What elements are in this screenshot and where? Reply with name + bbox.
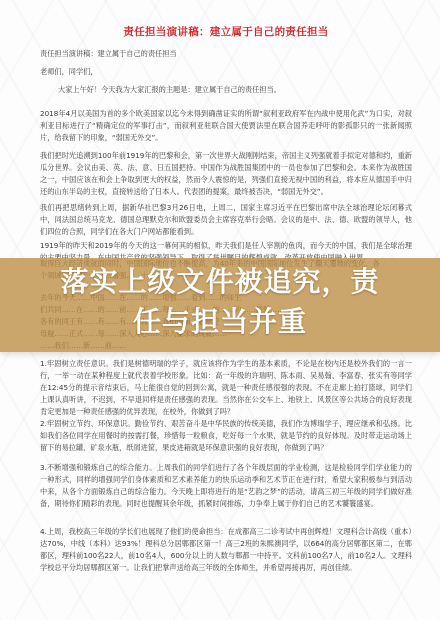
paragraph-3: 我们再把思绪转到上周，据新华社巴黎3月26日电，上周二，国家主席习近平在巴黎出席… xyxy=(40,202,412,238)
opening-line: 大家上午好！今天我为大家汇报的主题是：建立属于自己的责任担当。 xyxy=(48,84,281,96)
subtitle-line: 责任担当演讲稿：建立属于自己的责任担当 xyxy=(40,48,177,60)
paragraph-point-1: 1.牢固树立责任意识。我们是树德明瑞的学子，就应该将作为学生的基本素质，不论是在… xyxy=(40,358,412,418)
headline-line-1: 落实上级文件被追究，责 xyxy=(0,262,440,302)
paragraph-point-3: 3.不断增强和锻炼自己的综合能力。上周我们的同学们进行了各个年级层面的学业检测，… xyxy=(40,462,412,510)
paragraph-point-2: 2.牢固树立节约、环保意识。勤俭节约、艰苦奋斗是中华民族的传统美德，我们作为博瑞… xyxy=(40,418,412,454)
headline: 落实上级文件被追究，责 任与担当并重 xyxy=(0,262,440,342)
document-title: 责任担当演讲稿：建立属于自己的责任担当 xyxy=(40,26,412,38)
paragraph-1: 2018年4月以美国为首的多个欧美国家以迄今未得到确凿证实的所谓“叙利亚政府军在… xyxy=(40,108,412,144)
salutation: 老师们，同学们， xyxy=(40,66,98,78)
paragraph-point-4: 4.上周，我校高三年级的学长们也展现了他们的使命担当：在成都高三二诊考试中再创辉… xyxy=(40,526,412,574)
document-page: 责任担当演讲稿：建立属于自己的责任担当 责任担当演讲稿：建立属于自己的责任担当 … xyxy=(0,0,440,620)
headline-line-2: 任与担当并重 xyxy=(0,302,440,342)
paragraph-2: 我们把时光追溯到100年前1919年的巴黎和会，第一次世界大战刚刚结束，帝国主义… xyxy=(40,150,412,198)
